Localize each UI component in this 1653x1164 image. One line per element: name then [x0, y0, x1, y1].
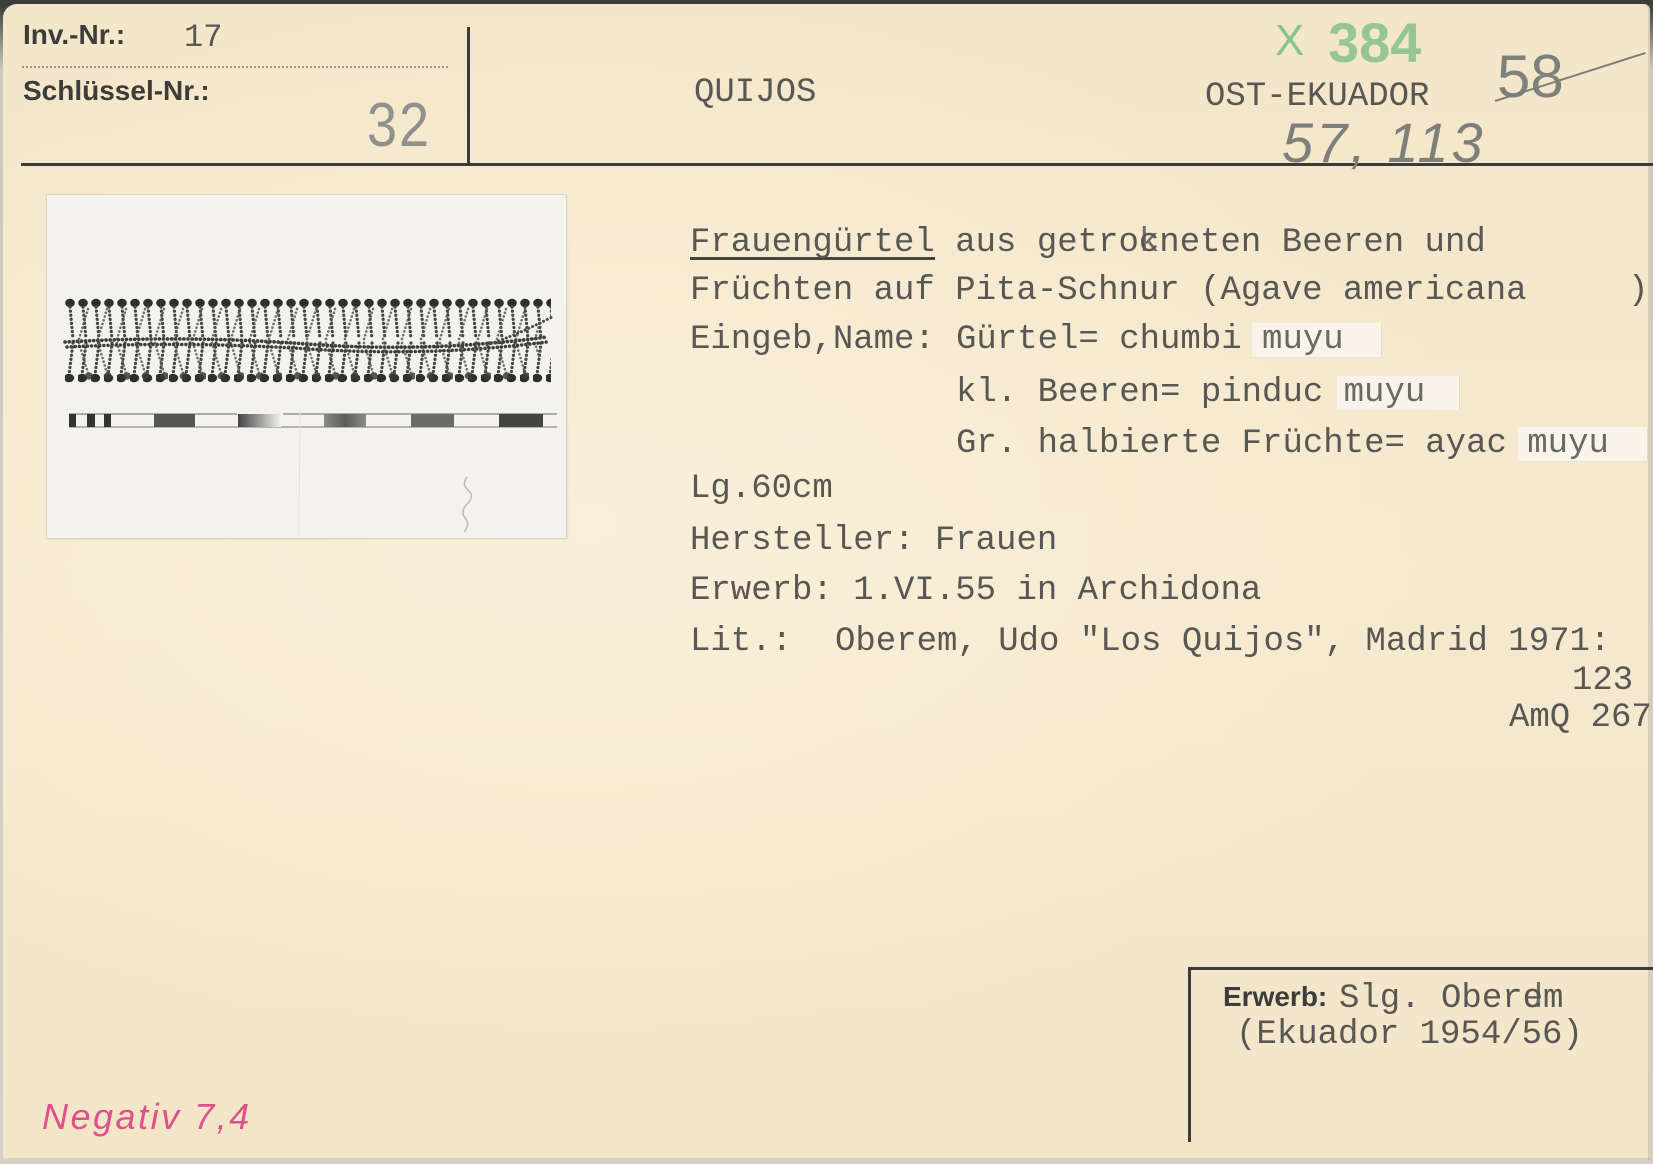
acquisition-box-label: Erwerb:	[1223, 983, 1327, 1011]
overstruck-character: ck	[1139, 226, 1159, 260]
maker-text: Hersteller: Frauen	[690, 524, 1057, 558]
region-text: OST-EKUADOR	[1205, 80, 1429, 114]
green-number-annotation: 384	[1328, 15, 1421, 71]
native-name-term: Gr. halbierte Früchte= ayac	[956, 427, 1507, 461]
acquisition-origin-text: (Ekuador 1954/56)	[1236, 1018, 1583, 1052]
literature-reference-text: AmQ 267	[1509, 701, 1652, 735]
inventory-number-text: 17	[184, 22, 222, 54]
inventory-number-value: 17	[184, 22, 222, 54]
scale-bar	[69, 414, 557, 427]
collection-name-a: Slg. Ober	[1339, 982, 1523, 1016]
literature-page-text: 123	[1572, 664, 1633, 698]
key-number-label: Schlüssel-Nr.:	[23, 77, 210, 105]
dotted-divider	[22, 66, 448, 68]
negative-number-annotation: Negativ 7,4	[42, 1099, 252, 1135]
literature-reference: AmQ 267	[1509, 701, 1652, 735]
acquisition-text: Erwerb: 1.VI.55 in Archidona	[690, 574, 1261, 608]
closing-parenthesis-text: )	[1628, 274, 1648, 308]
native-name-item: kl. Beeren= pinducmuyu	[956, 376, 1425, 410]
length-text: Lg.60cm	[690, 472, 833, 506]
pencil-number-annotation: 57, 113	[1282, 115, 1486, 171]
native-name-term: kl. Beeren= pinduc	[956, 376, 1323, 410]
ethnic-group-text: QUIJOS	[694, 76, 816, 110]
description-line-2: Früchten auf Pita-Schnur (Agave american…	[690, 274, 1527, 308]
ethnic-group: QUIJOS	[694, 76, 816, 110]
acquisition-box-value: Slg. Oberedm	[1339, 982, 1563, 1016]
region: OST-EKUADOR	[1205, 80, 1429, 114]
description-line-1: Frauengürtel aus getrockneten Beeren und	[690, 226, 1486, 260]
belt-photo-graphic	[47, 195, 566, 538]
overstrike-over: d	[1523, 982, 1543, 1016]
object-title: Frauengürtel	[690, 226, 935, 260]
native-name-item: Gürtel= chumbimuyu	[956, 323, 1344, 357]
pasted-slip-label: muyu	[1252, 323, 1381, 357]
overstruck-character: ed	[1523, 982, 1543, 1016]
closing-parenthesis: )	[1628, 274, 1648, 308]
collection-name-b: m	[1543, 982, 1563, 1016]
description-line-1-b: neten Beeren und	[1159, 226, 1485, 260]
native-names-label-text: Eingeb,Name:	[690, 323, 935, 357]
literature-citation: Oberem, Udo "Los Quijos", Madrid 1971:	[835, 625, 1610, 659]
photo-crack	[463, 477, 471, 532]
photo-crease	[299, 410, 300, 535]
key-number-handwritten: 32	[367, 94, 431, 156]
header-vertical-rule	[467, 27, 470, 164]
acquisition-box-top-rule	[1188, 967, 1653, 970]
pasted-slip-label: muyu	[1518, 427, 1647, 461]
length-field: Lg.60cm	[690, 472, 833, 506]
literature-citation-text: Oberem, Udo "Los Quijos", Madrid 1971:	[835, 625, 1610, 659]
description-line-2-text: Früchten auf Pita-Schnur (Agave american…	[690, 274, 1527, 308]
inventory-number-label: Inv.-Nr.:	[23, 21, 125, 49]
literature-label: Lit.:	[690, 625, 792, 659]
pasted-slip-label: muyu	[1337, 376, 1460, 410]
object-photograph	[47, 195, 566, 538]
maker-field: Hersteller: Frauen	[690, 524, 1057, 558]
acquisition-field: Erwerb: 1.VI.55 in Archidona	[690, 574, 1261, 608]
acquisition-box-left-rule	[1188, 967, 1191, 1142]
literature-label-text: Lit.:	[690, 625, 792, 659]
native-names-label: Eingeb,Name:	[690, 323, 935, 357]
belt-image	[65, 295, 552, 385]
native-name-term: Gürtel= chumbi	[956, 323, 1242, 357]
overstrike-over: k	[1139, 226, 1159, 260]
acquisition-box-origin: (Ekuador 1954/56)	[1236, 1018, 1583, 1052]
native-name-item: Gr. halbierte Früchte= ayacmuyu	[956, 427, 1609, 461]
description-line-1-a: aus getro	[935, 226, 1139, 260]
literature-page: 123	[1572, 664, 1633, 698]
green-cross-mark: X	[1275, 19, 1304, 63]
